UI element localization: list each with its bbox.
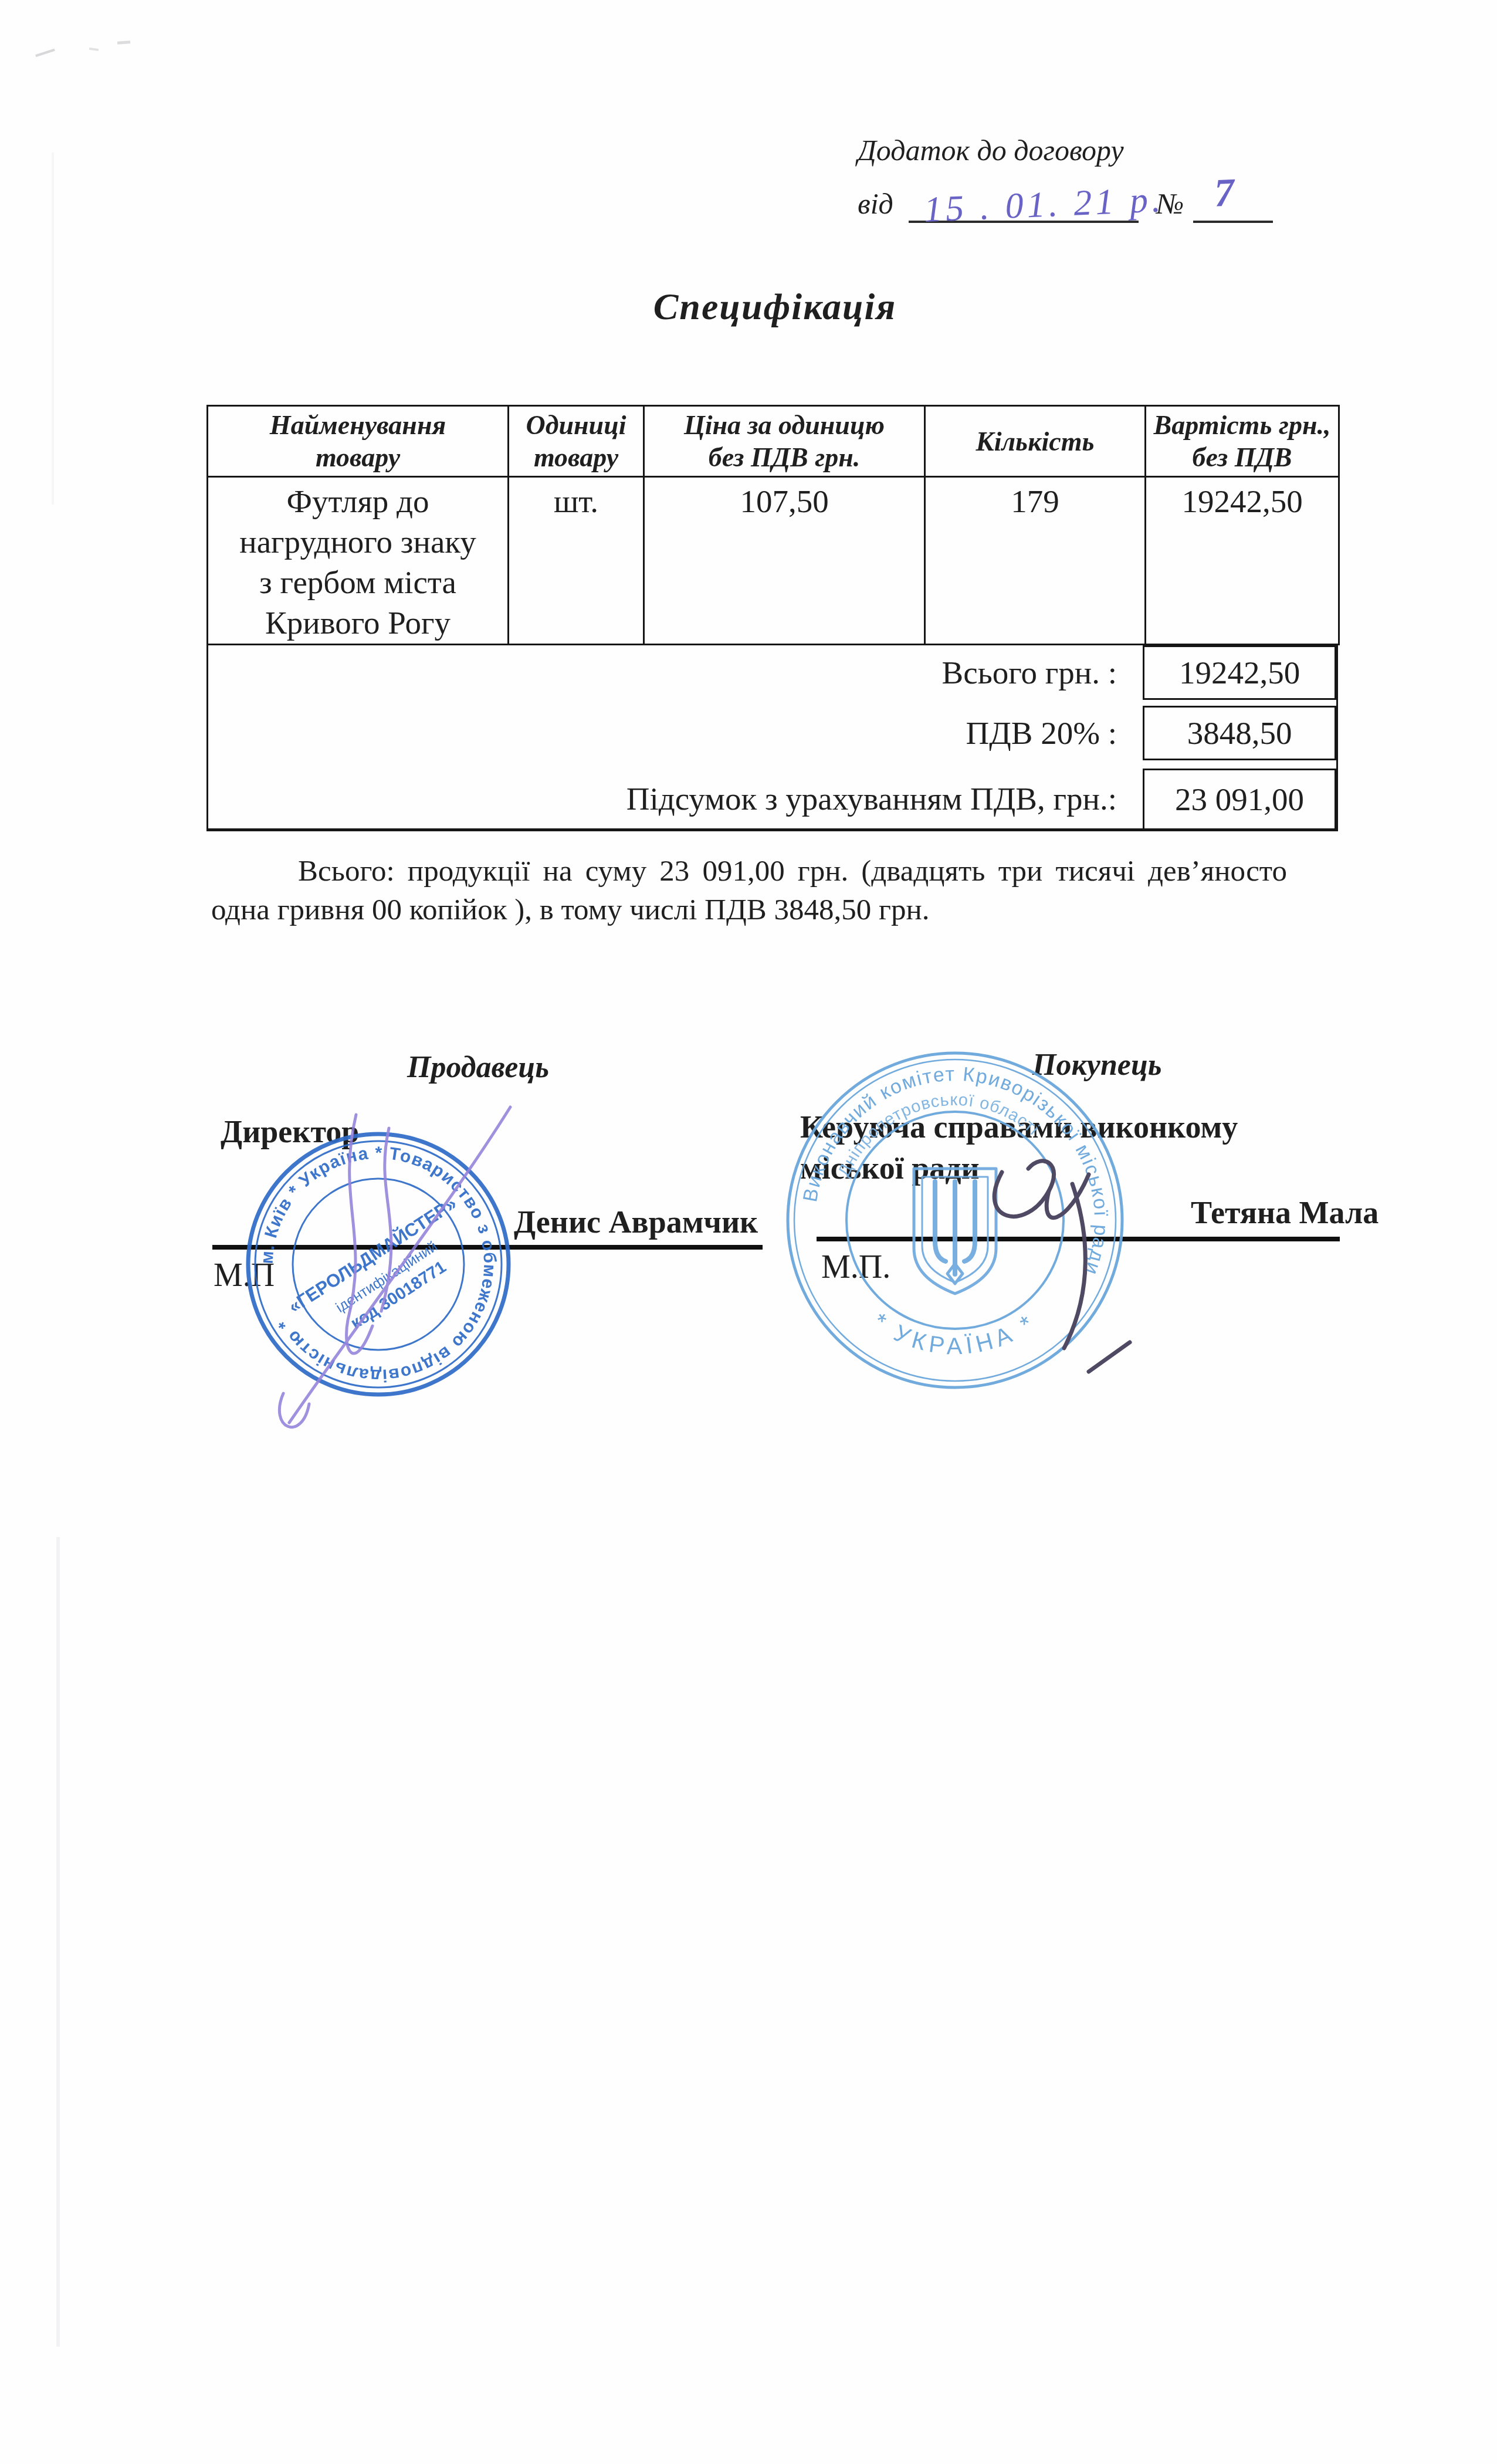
cell-item-name: Футляр до нагрудного знаку з гербом міст… (208, 477, 509, 645)
table-header-row: Найменування товару Одиниці товару Ціна … (208, 406, 1339, 477)
total-label: Підсумок з урахуванням ПДВ, грн.: (208, 772, 1143, 825)
column-header-unit: Одиниці товару (509, 406, 644, 477)
total-label: Всього грн. : (208, 646, 1143, 699)
total-value: 19242,50 (1143, 645, 1336, 700)
summary-paragraph: Всього: продукції на суму 23 091,00 грн.… (211, 852, 1287, 929)
column-header-name: Найменування товару (208, 406, 509, 477)
scanned-document-page: Додаток до договору від 15 . 01. 21 р. №… (0, 0, 1497, 2464)
column-header-amount: Вартість грн., без ПДВ (1146, 406, 1339, 477)
scan-streak (56, 1537, 60, 2347)
page-title: Специфікація (0, 285, 1497, 329)
annex-date-line: від 15 . 01. 21 р. № 7 (858, 185, 1273, 223)
buyer-seal-label: М.П. (821, 1248, 890, 1286)
seller-name: Денис Аврамчик (514, 1204, 758, 1240)
buyer-position: Керуюча справами виконкому міської ради (800, 1106, 1238, 1189)
scan-artifact (89, 48, 99, 51)
cell-amount: 19242,50 (1146, 477, 1339, 645)
buyer-name: Тетяна Мала (1191, 1194, 1379, 1231)
from-label: від (858, 185, 893, 223)
cell-unit: шт. (509, 477, 644, 645)
date-blank-line: 15 . 01. 21 р. (909, 185, 1139, 223)
seller-heading: Продавець (407, 1050, 549, 1085)
table-row: Футляр до нагрудного знаку з гербом міст… (208, 477, 1339, 645)
total-row-grand: Підсумок з урахуванням ПДВ, грн.: 23 091… (208, 769, 1336, 828)
buyer-heading: Покупець (1032, 1048, 1162, 1082)
totals-section: Всього грн. : 19242,50 ПДВ 20% : 3848,50… (206, 645, 1338, 831)
total-row-vat: ПДВ 20% : 3848,50 (208, 706, 1336, 760)
specification-table-block: Найменування товару Одиниці товару Ціна … (206, 405, 1338, 831)
seller-position: Директор (221, 1111, 359, 1152)
cell-price: 107,50 (644, 477, 925, 645)
contract-annex-reference: Додаток до договору від 15 . 01. 21 р. №… (858, 131, 1273, 223)
scan-artifact (117, 40, 130, 45)
total-value: 23 091,00 (1143, 769, 1336, 828)
column-header-quantity: Кількість (925, 406, 1146, 477)
total-label: ПДВ 20% : (208, 706, 1143, 760)
handwritten-date: 15 . 01. 21 р. (923, 177, 1165, 234)
number-blank-line: 7 (1193, 185, 1273, 223)
total-row-subtotal: Всього грн. : 19242,50 (208, 645, 1336, 700)
cell-quantity: 179 (925, 477, 1146, 645)
scan-artifact (35, 49, 55, 57)
seller-seal-label: М.П (214, 1257, 275, 1294)
handwritten-number: 7 (1213, 166, 1235, 219)
column-header-price: Ціна за одиницю без ПДВ грн. (644, 406, 925, 477)
specification-table: Найменування товару Одиниці товару Ціна … (206, 405, 1340, 645)
scan-streak (52, 153, 54, 505)
total-value: 3848,50 (1143, 706, 1336, 760)
annex-title: Додаток до договору (858, 131, 1273, 170)
signatures-section: Продавець Покупець Директор Керуюча спра… (206, 1050, 1344, 1461)
seller-signature-line (212, 1245, 763, 1250)
buyer-signature-line (817, 1237, 1340, 1241)
